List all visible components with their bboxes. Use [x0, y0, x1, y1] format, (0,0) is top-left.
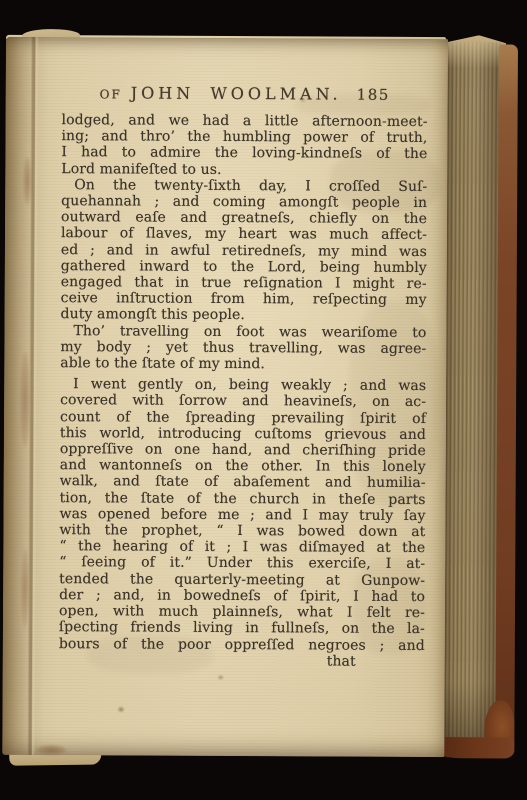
foxing-spot: [36, 745, 66, 755]
text-line: lodged, and we had a little afternoon-me…: [62, 112, 428, 130]
text-column: OF JOHN WOOLMAN. 185 lodged, and we had …: [59, 83, 428, 670]
running-header-title: JOHN WOOLMAN.: [131, 83, 342, 103]
page-text: lodged, and we had a little afternoon-me…: [59, 112, 428, 654]
text-line: outward eaſe and greatneſs, chiefly on t…: [61, 209, 427, 227]
text-line: engaged that in true reſignation I might…: [61, 274, 427, 292]
text-line: with the prophet, “ I was bowed down at: [59, 522, 425, 540]
text-line: I went gently on, being weakly ; and was: [60, 376, 426, 394]
fore-edge-pages: [442, 42, 502, 752]
paper-speck: [219, 676, 223, 679]
text-line: open, with much plainneſs, what I felt r…: [59, 603, 425, 621]
text-line: oppreſſive on one hand, and cheriſhing p…: [60, 441, 426, 459]
scanned-book-photo: OF JOHN WOOLMAN. 185 lodged, and we had …: [0, 0, 527, 800]
text-line: Tho’ travelling on foot was weariſome to: [60, 323, 426, 341]
text-line: able to the ſtate of my mind.: [60, 355, 426, 373]
text-line: duty amongſt this people.: [61, 307, 427, 325]
text-line: I had to admire the loving-kindneſs of t…: [61, 145, 427, 163]
text-line: “ the hearing of it ; I was diſmayed at …: [59, 538, 425, 556]
text-line: quehannah ; and coming amongſt people in: [61, 193, 427, 211]
text-line: der ; and, in bowedneſs of ſpirit, I had…: [59, 587, 425, 605]
book-page: OF JOHN WOOLMAN. 185 lodged, and we had …: [2, 37, 448, 757]
text-line: gathered inward to the Lord, being humbl…: [61, 258, 427, 276]
text-line: walk, and ſtate of abaſement and humilia…: [60, 474, 426, 492]
text-line: Lord manifeſted to us.: [61, 161, 427, 179]
text-line: tended the quarterly-meeting at Gunpow-: [59, 571, 425, 589]
text-line: was opened before me ; and I may truly ſ…: [59, 506, 425, 524]
text-line: my body ; yet thus travelling, was agree…: [60, 339, 426, 357]
text-line: ed ; and in awful retiredneſs, my mind w…: [61, 242, 427, 260]
running-header: OF JOHN WOOLMAN. 185: [62, 83, 428, 102]
text-line: labour of ſlaves, my heart was much affe…: [61, 226, 427, 244]
text-line: bours of the poor oppreſſed negroes ; an…: [59, 636, 425, 654]
paragraph: lodged, and we had a little afternoon-me…: [61, 112, 427, 179]
page-number: 185: [357, 86, 390, 104]
book-cover-edge: [495, 44, 518, 756]
text-line: covered with ſorrow and heavineſs, on ac…: [60, 393, 426, 411]
text-line: and wantonneſs on the other. In this lon…: [60, 457, 426, 475]
catchword: that: [59, 652, 425, 670]
text-line: count of the ſpreading prevailing ſpirit…: [60, 409, 426, 427]
paragraph: On the twenty-ſixth day, I croſſed Suſ-q…: [61, 177, 428, 325]
text-line: ſpecting friends living in fullneſs, on …: [59, 619, 425, 637]
paragraph: I went gently on, being weakly ; and was…: [59, 376, 426, 653]
text-line: this world, introducing cuſtoms grievous…: [60, 425, 426, 443]
text-line: tion, the ſtate of the church in theſe p…: [60, 490, 426, 508]
paragraph: Tho’ travelling on foot was weariſome to…: [60, 323, 426, 374]
text-line: ceive inſtruction from him, reſpecting m…: [61, 290, 427, 308]
book: OF JOHN WOOLMAN. 185 lodged, and we had …: [0, 0, 527, 800]
text-line: On the twenty-ſixth day, I croſſed Suſ-: [61, 177, 427, 195]
paper-speck: [118, 707, 123, 711]
text-line: “ ſeeing of it.” Under this exerciſe, I …: [59, 555, 425, 573]
text-line: ing; and thro’ the humbling power of tru…: [61, 128, 427, 146]
running-header-prefix: OF: [100, 87, 122, 101]
